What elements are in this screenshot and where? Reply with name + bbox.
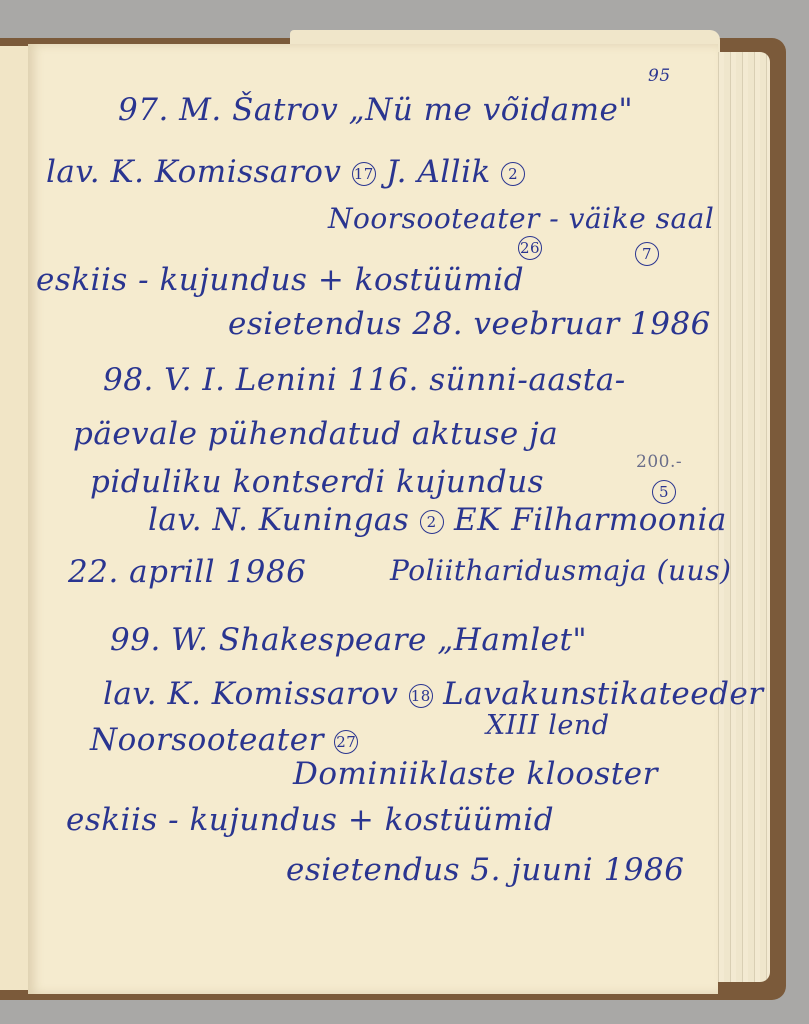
venue-count-badge: 26 [518, 236, 542, 260]
entry-99-work: eskiis - kujundus + kostüümid [66, 802, 554, 838]
corner-count-badge: 5 [652, 480, 676, 504]
entry-98-director: lav. N. Kuningas 2 EK Filharmoonia [148, 502, 727, 538]
entry-99-venue: Noorsooteater 27 [90, 722, 358, 758]
entry-97-title: 97. M. Šatrov „Nü me võidame" [118, 92, 633, 128]
director-name: lav. K. Komissarov [46, 154, 341, 190]
organization-name: EK Filharmoonia [454, 502, 727, 538]
entry-97-director: lav. K. Komissarov 17 J. Allik 2 [46, 154, 525, 190]
entry-97-work: eskiis - kujundus + kostüümid [36, 262, 524, 298]
entry-98-line2: päevale pühendatud aktuse ja [73, 416, 558, 452]
entry-99-premiere: esietendus 5. juuni 1986 [286, 852, 684, 888]
entry-98-title: 98. V. I. Lenini 116. sünni-aasta- [103, 362, 626, 398]
venue-name: Noorsooteater [90, 722, 324, 758]
count-badge: 2 [420, 510, 444, 534]
count-badge: 27 [334, 730, 358, 754]
count-badge: 2 [501, 162, 525, 186]
entry-99-director: lav. K. Komissarov 18 Lavakunstikateeder [103, 676, 764, 712]
director-name: lav. N. Kuningas [148, 502, 409, 538]
organization-name: Lavakunstikateeder [443, 676, 763, 712]
left-page-edge [0, 46, 29, 990]
notebook-page: 95 97. M. Šatrov „Nü me võidame" lav. K.… [28, 44, 718, 994]
entry-99-title: 99. W. Shakespeare „Hamlet" [110, 622, 587, 658]
corner-count-badge: 7 [635, 242, 659, 266]
count-badge: 17 [352, 162, 376, 186]
page-number: 95 [648, 66, 671, 86]
entry-98-date: 22. aprill 1986 [68, 554, 306, 590]
entry-98-venue: Poliitharidusmaja (uus) [390, 554, 731, 587]
director-name: lav. K. Komissarov [103, 676, 398, 712]
entry-98-fee: 200.- [636, 452, 682, 472]
count-badge: 18 [409, 684, 433, 708]
entry-99-location: Dominiiklaste klooster [293, 756, 658, 792]
entry-97-venue: Noorsooteater - väike saal [328, 202, 714, 235]
entry-97-premiere: esietendus 28. veebruar 1986 [228, 306, 711, 342]
entry-98-line3: piduliku kontserdi kujundus [90, 464, 544, 500]
designer-name: J. Allik [386, 154, 491, 190]
entry-99-class: XIII lend [486, 710, 610, 741]
